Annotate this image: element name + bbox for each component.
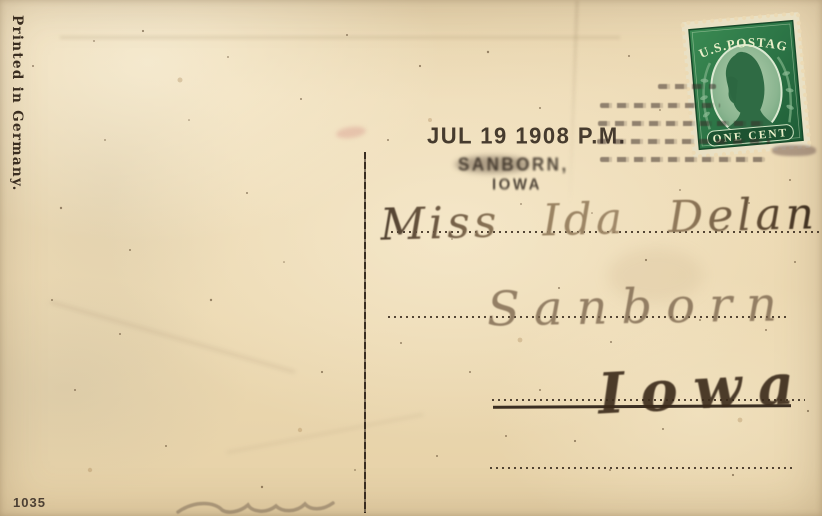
cancellation-bar — [600, 157, 765, 162]
cancellation-bar — [658, 84, 716, 89]
address-line-4-rule — [490, 467, 792, 469]
postcard-back: Printed in Germany. 1035 JUL 19 1908 P.M… — [0, 0, 822, 516]
cancellation-bar — [598, 121, 766, 126]
handwritten-state: Iowa — [596, 350, 811, 427]
cancellation-smudge — [772, 145, 816, 156]
handwritten-city: Sanborn — [487, 276, 792, 337]
cancellation-bar — [597, 139, 770, 144]
pencil-scribble — [160, 497, 360, 516]
cancellation-bar — [600, 103, 720, 108]
